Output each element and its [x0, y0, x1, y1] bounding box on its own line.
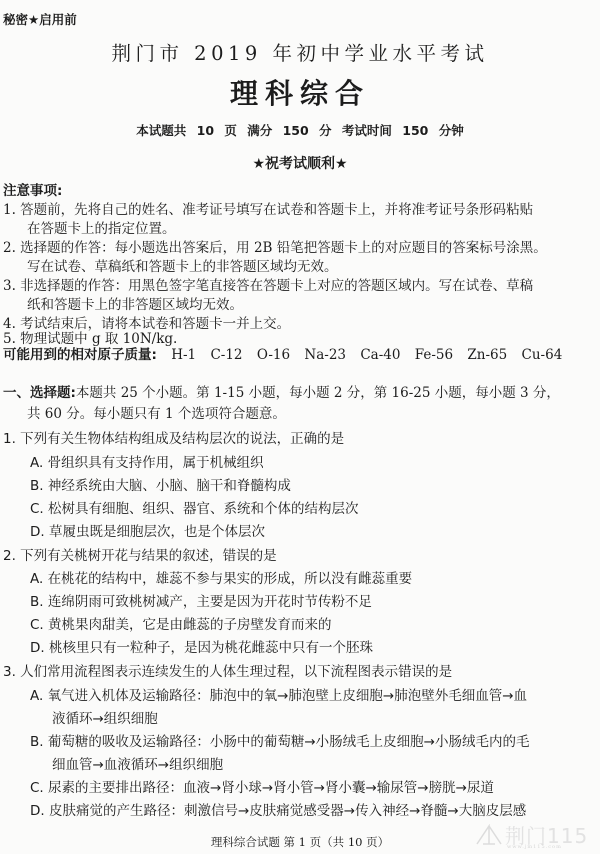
logo-icon — [475, 824, 503, 846]
atomic-mass-value: Zn-65 — [467, 347, 507, 363]
atomic-mass-value: Cu-64 — [522, 347, 563, 363]
section-1-intro: 一、选择题:本题共 25 个小题。第 1-15 小题，每小题 2 分，第 16-… — [3, 381, 560, 401]
question-1-option-d: D. 草履虫既是细胞层次，也是个体层次 — [30, 520, 265, 540]
note-item-1: 1. 答题前，先将自己的姓名、准考证号填写在试卷和答题卡上，并将准考证号条形码粘… — [3, 198, 533, 218]
question-2-stem: 2. 下列有关桃树开花与结果的叙述，错误的是 — [3, 544, 277, 564]
atomic-mass-value: H-1 — [171, 347, 196, 363]
section-1-intro-cont: 共 60 分。每小题只有 1 个选项符合题意。 — [27, 402, 286, 422]
question-1-option-a: A. 骨组织具有支持作用，属于机械组织 — [30, 451, 264, 471]
question-2-option-b: B. 连绵阴雨可致桃树减产，主要是因为开花时节传粉不足 — [30, 590, 372, 610]
question-1-option-b: B. 神经系统由大脑、小脑、脑干和脊髓构成 — [30, 474, 291, 494]
watermark-url: www.jm115.com — [507, 844, 562, 850]
exam-meta: 本试题共 10 页 满分 150 分 考试时间 150 分钟 — [0, 121, 600, 139]
notes-title: 注意事项: — [3, 179, 62, 199]
atomic-mass-value: C-12 — [210, 347, 242, 363]
section-1-text: 本题共 25 个小题。第 1-15 小题，每小题 2 分，第 16-25 小题，… — [76, 385, 560, 401]
good-luck-banner: ★祝考试顺利★ — [0, 153, 600, 173]
question-1-option-c: C. 松树具有细胞、组织、器官、系统和个体的结构层次 — [30, 497, 359, 517]
subject-title: 理科综合 — [0, 72, 600, 112]
atomic-mass-value: Ca-40 — [360, 347, 400, 363]
question-2-option-c: C. 黄桃果肉甜美，它是由雌蕊的子房壁发育而来的 — [30, 613, 332, 633]
watermark-logo: 荆门115 www.jm115.com — [475, 818, 600, 854]
question-3-option-a: A. 氧气进入机体及运输路径：肺泡中的氧→肺泡壁上皮细胞→肺泡壁外毛细血管→血 — [30, 684, 527, 704]
note-item-3-cont: 纸和答题卡上的非答题区域均无效。 — [27, 293, 243, 313]
question-3-stem: 3. 人们常用流程图表示连续发生的人体生理过程，以下流程图表示错误的是 — [3, 660, 452, 680]
question-2-option-d: D. 桃核里只有一粒种子，是因为桃花雌蕊中只有一个胚珠 — [30, 636, 373, 656]
confidential-label: 秘密★启用前 — [3, 10, 77, 28]
atomic-mass-value: Na-23 — [304, 347, 346, 363]
question-3-option-d: D. 皮肤痛觉的产生路径：刺激信号→皮肤痛觉感受器→传入神经→脊髓→大脑皮层感 — [30, 799, 526, 819]
note-item-1-cont: 在答题卡上的指定位置。 — [27, 217, 176, 237]
note-item-3: 3. 非选择题的作答：用黑色签字笔直接答在答题卡上对应的答题区域内。写在试卷、草… — [3, 274, 533, 294]
question-3-option-c: C. 尿素的主要排出路径：血液→肾小球→肾小管→肾小囊→输尿管→膀胱→尿道 — [30, 776, 494, 796]
exam-title: 荆门市 2019 年初中学业水平考试 — [0, 38, 600, 66]
note-item-2-cont: 写在试卷、草稿纸和答题卡上的非答题区域均无效。 — [27, 255, 338, 275]
question-1-stem: 1. 下列有关生物体结构组成及结构层次的说法，正确的是 — [3, 427, 344, 447]
atomic-mass-value: O-16 — [257, 347, 290, 363]
atomic-masses: 可能用到的相对原子质量: H-1 C-12 O-16 Na-23 Ca-40 F… — [3, 343, 562, 363]
section-1-heading: 一、选择题: — [3, 385, 76, 401]
question-3-option-b-cont: 细血管→血液循环→组织细胞 — [52, 753, 223, 773]
atomic-masses-label: 可能用到的相对原子质量: — [3, 347, 157, 363]
note-item-2: 2. 选择题的作答：每小题选出答案后，用 2B 铅笔把答题卡上的对应题目的答案标… — [3, 236, 547, 256]
question-3-option-a-cont: 液循环→组织细胞 — [52, 707, 158, 727]
question-3-option-b: B. 葡萄糖的吸收及运输路径：小肠中的葡萄糖→小肠绒毛上皮细胞→小肠绒毛内的毛 — [30, 730, 529, 750]
atomic-mass-value: Fe-56 — [415, 347, 453, 363]
question-2-option-a: A. 在桃花的结构中，雄蕊不参与果实的形成，所以没有雌蕊重要 — [30, 567, 412, 587]
